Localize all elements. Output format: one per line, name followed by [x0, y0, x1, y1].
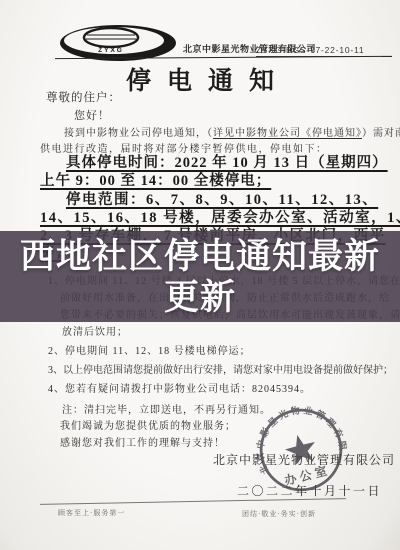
salutation-line: 尊敬的住户：	[46, 89, 121, 105]
footer-slogan-right: 团结·敬业·务实·创新	[242, 509, 316, 519]
closing-line-2: 感谢您对我们工作的理解与支持！	[60, 434, 225, 449]
star-icon	[282, 431, 319, 467]
intro-line-1: 接到中影物业公司停电通知，（详见中影物业公司《停电通知》）需对南区	[64, 124, 400, 139]
note-3: 3、以上停电范围请您提前做好出行安排，请您对家中用电设备提前做好保护；	[48, 361, 393, 376]
intro-pre: 接到中影物业公司停电通知，（	[64, 128, 213, 139]
logo-text: ZYXG	[98, 47, 124, 54]
intro-reference: 详见中影物业公司《停电通知》	[213, 128, 362, 139]
headline-line-2: 更新	[164, 277, 236, 318]
intro-post: ）需对南区	[362, 128, 400, 139]
outage-time-line-2: 上午 9：00 至 14：00 全楼停电；	[40, 169, 271, 190]
note-4: 4、您若有疑问请拨打中影物业公司电话：82045394。	[48, 380, 311, 395]
headline-overlay-banner: 西地社区停电通知最新 更新	[0, 231, 400, 322]
notice-photo: ZYXG 北京中影星光物业管理有限公司 ZYXG-BGS-77-22-10-11…	[0, 0, 400, 550]
note-2: 2、停电期间 11、12、18 号楼电梯停运；	[48, 342, 251, 357]
closing-line-1: 我们竭诚为您提供优质的物业服务；	[60, 417, 236, 432]
headline-line-1: 西地社区停电通知最新	[20, 236, 380, 277]
seal-office-text: 办公室	[283, 462, 332, 488]
note-1-line-4: 放清后饮用；	[62, 323, 128, 338]
greeting-line: 您好！	[74, 107, 110, 123]
footer-slogan-left: 顾客至上·服务第一	[58, 508, 125, 518]
